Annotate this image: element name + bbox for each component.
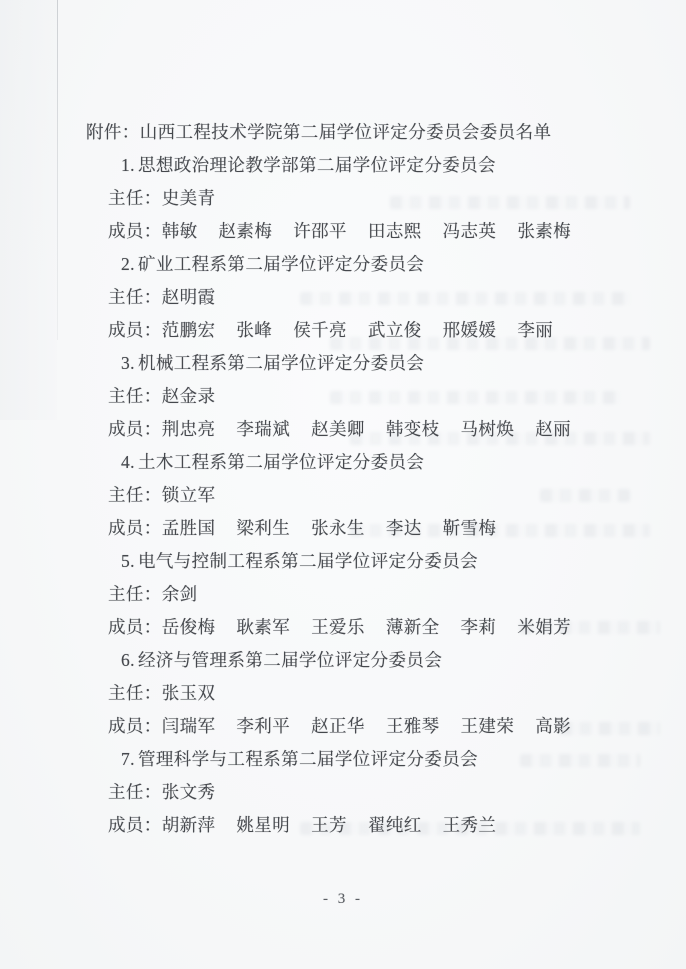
members-line: 成员：岳俊梅耿素军王爱乐薄新全李莉米娟芳 [0,611,686,644]
member-name: 王芳 [311,815,347,835]
member-name: 李达 [386,518,422,538]
member-name: 张峰 [236,320,272,340]
director-label: 主任： [108,287,162,307]
member-name: 孟胜国 [162,518,216,538]
director-line: 主任：张文秀 [0,776,686,809]
members-list: 韩敏赵素梅许邵平田志熙冯志英张素梅 [162,221,571,241]
members-line: 成员：闫瑞军李利平赵正华王雅琴王建荣高影 [0,710,686,743]
committee-number: 3. [121,353,135,373]
committee-number: 1. [121,155,135,175]
director-line: 主任：赵明霞 [0,281,686,314]
member-name: 翟纯红 [368,815,422,835]
committee-heading: 6.经济与管理系第二届学位评定分委员会 [0,644,686,677]
member-name: 胡新萍 [162,815,216,835]
member-name: 范鹏宏 [162,320,216,340]
director-name: 余剑 [162,584,198,604]
member-name: 梁利生 [236,518,290,538]
member-name: 赵美卿 [311,419,365,439]
members-label: 成员： [108,617,162,637]
director-name: 锁立军 [162,485,216,505]
member-name: 赵正华 [311,716,365,736]
member-name: 冯志英 [443,221,497,241]
committee-heading: 3.机械工程系第二届学位评定分委员会 [0,347,686,380]
committee-title: 机械工程系第二届学位评定分委员会 [138,353,424,373]
members-label: 成员： [108,221,162,241]
director-line: 主任：史美青 [0,182,686,215]
committee-heading: 5.电气与控制工程系第二届学位评定分委员会 [0,545,686,578]
members-list: 胡新萍姚星明王芳翟纯红王秀兰 [162,815,497,835]
members-list: 闫瑞军李利平赵正华王雅琴王建荣高影 [162,716,571,736]
member-name: 田志熙 [368,221,422,241]
member-name: 王秀兰 [443,815,497,835]
committee-heading: 1.思想政治理论教学部第二届学位评定分委员会 [0,149,686,182]
attachment-title: 附件：山西工程技术学院第二届学位评定分委员会委员名单 [0,116,686,149]
members-list: 范鹏宏张峰侯千亮武立俊邢媛媛李丽 [162,320,553,340]
member-name: 靳雪梅 [443,518,497,538]
members-line: 成员：胡新萍姚星明王芳翟纯红王秀兰 [0,809,686,842]
member-name: 王建荣 [461,716,515,736]
member-name: 薄新全 [386,617,440,637]
director-name: 张玉双 [162,683,216,703]
member-name: 马树焕 [461,419,515,439]
committee-number: 7. [121,749,135,769]
director-label: 主任： [108,188,162,208]
director-line: 主任：张玉双 [0,677,686,710]
director-label: 主任： [108,584,162,604]
member-name: 武立俊 [368,320,422,340]
members-label: 成员： [108,716,162,736]
committee-heading: 2.矿业工程系第二届学位评定分委员会 [0,248,686,281]
committee-heading: 7.管理科学与工程系第二届学位评定分委员会 [0,743,686,776]
member-name: 李莉 [461,617,497,637]
members-list: 岳俊梅耿素军王爱乐薄新全李莉米娟芳 [162,617,571,637]
director-line: 主任：赵金录 [0,380,686,413]
document-page: 附件：山西工程技术学院第二届学位评定分委员会委员名单 1.思想政治理论教学部第二… [0,0,686,969]
director-label: 主任： [108,683,162,703]
member-name: 王爱乐 [311,617,365,637]
committee-number: 6. [121,650,135,670]
director-label: 主任： [108,386,162,406]
member-name: 侯千亮 [293,320,347,340]
member-name: 张素梅 [517,221,571,241]
member-name: 李瑞斌 [236,419,290,439]
member-name: 闫瑞军 [162,716,216,736]
committee-heading: 4.土木工程系第二届学位评定分委员会 [0,446,686,479]
committee-title: 电气与控制工程系第二届学位评定分委员会 [138,551,478,571]
member-name: 高影 [535,716,571,736]
director-label: 主任： [108,782,162,802]
member-name: 韩变枝 [386,419,440,439]
members-label: 成员： [108,320,162,340]
director-name: 史美青 [162,188,216,208]
member-name: 赵丽 [535,419,571,439]
member-name: 许邵平 [293,221,347,241]
committee-title: 管理科学与工程系第二届学位评定分委员会 [138,749,478,769]
committee-title: 矿业工程系第二届学位评定分委员会 [138,254,424,274]
committee-number: 4. [121,452,135,472]
member-name: 米娟芳 [517,617,571,637]
page-number: - 3 - [0,889,686,909]
member-name: 韩敏 [162,221,198,241]
members-label: 成员： [108,518,162,538]
director-label: 主任： [108,485,162,505]
director-name: 赵明霞 [162,287,216,307]
director-name: 张文秀 [162,782,216,802]
director-name: 赵金录 [162,386,216,406]
members-line: 成员：孟胜国梁利生张永生李达靳雪梅 [0,512,686,545]
member-name: 李丽 [517,320,553,340]
director-line: 主任：余剑 [0,578,686,611]
member-name: 岳俊梅 [162,617,216,637]
committee-number: 5. [121,551,135,571]
committee-title: 经济与管理系第二届学位评定分委员会 [138,650,442,670]
document-content: 附件：山西工程技术学院第二届学位评定分委员会委员名单 1.思想政治理论教学部第二… [0,116,686,842]
member-name: 邢媛媛 [443,320,497,340]
director-line: 主任：锁立军 [0,479,686,512]
member-name: 姚星明 [236,815,290,835]
committee-title: 土木工程系第二届学位评定分委员会 [138,452,424,472]
committee-title: 思想政治理论教学部第二届学位评定分委员会 [138,155,496,175]
members-label: 成员： [108,815,162,835]
members-list: 荆忠亮李瑞斌赵美卿韩变枝马树焕赵丽 [162,419,571,439]
members-line: 成员：韩敏赵素梅许邵平田志熙冯志英张素梅 [0,215,686,248]
member-name: 王雅琴 [386,716,440,736]
members-list: 孟胜国梁利生张永生李达靳雪梅 [162,518,497,538]
member-name: 李利平 [236,716,290,736]
committee-number: 2. [121,254,135,274]
members-line: 成员：荆忠亮李瑞斌赵美卿韩变枝马树焕赵丽 [0,413,686,446]
member-name: 张永生 [311,518,365,538]
member-name: 耿素军 [236,617,290,637]
members-label: 成员： [108,419,162,439]
members-line: 成员：范鹏宏张峰侯千亮武立俊邢媛媛李丽 [0,314,686,347]
member-name: 荆忠亮 [162,419,216,439]
member-name: 赵素梅 [219,221,273,241]
